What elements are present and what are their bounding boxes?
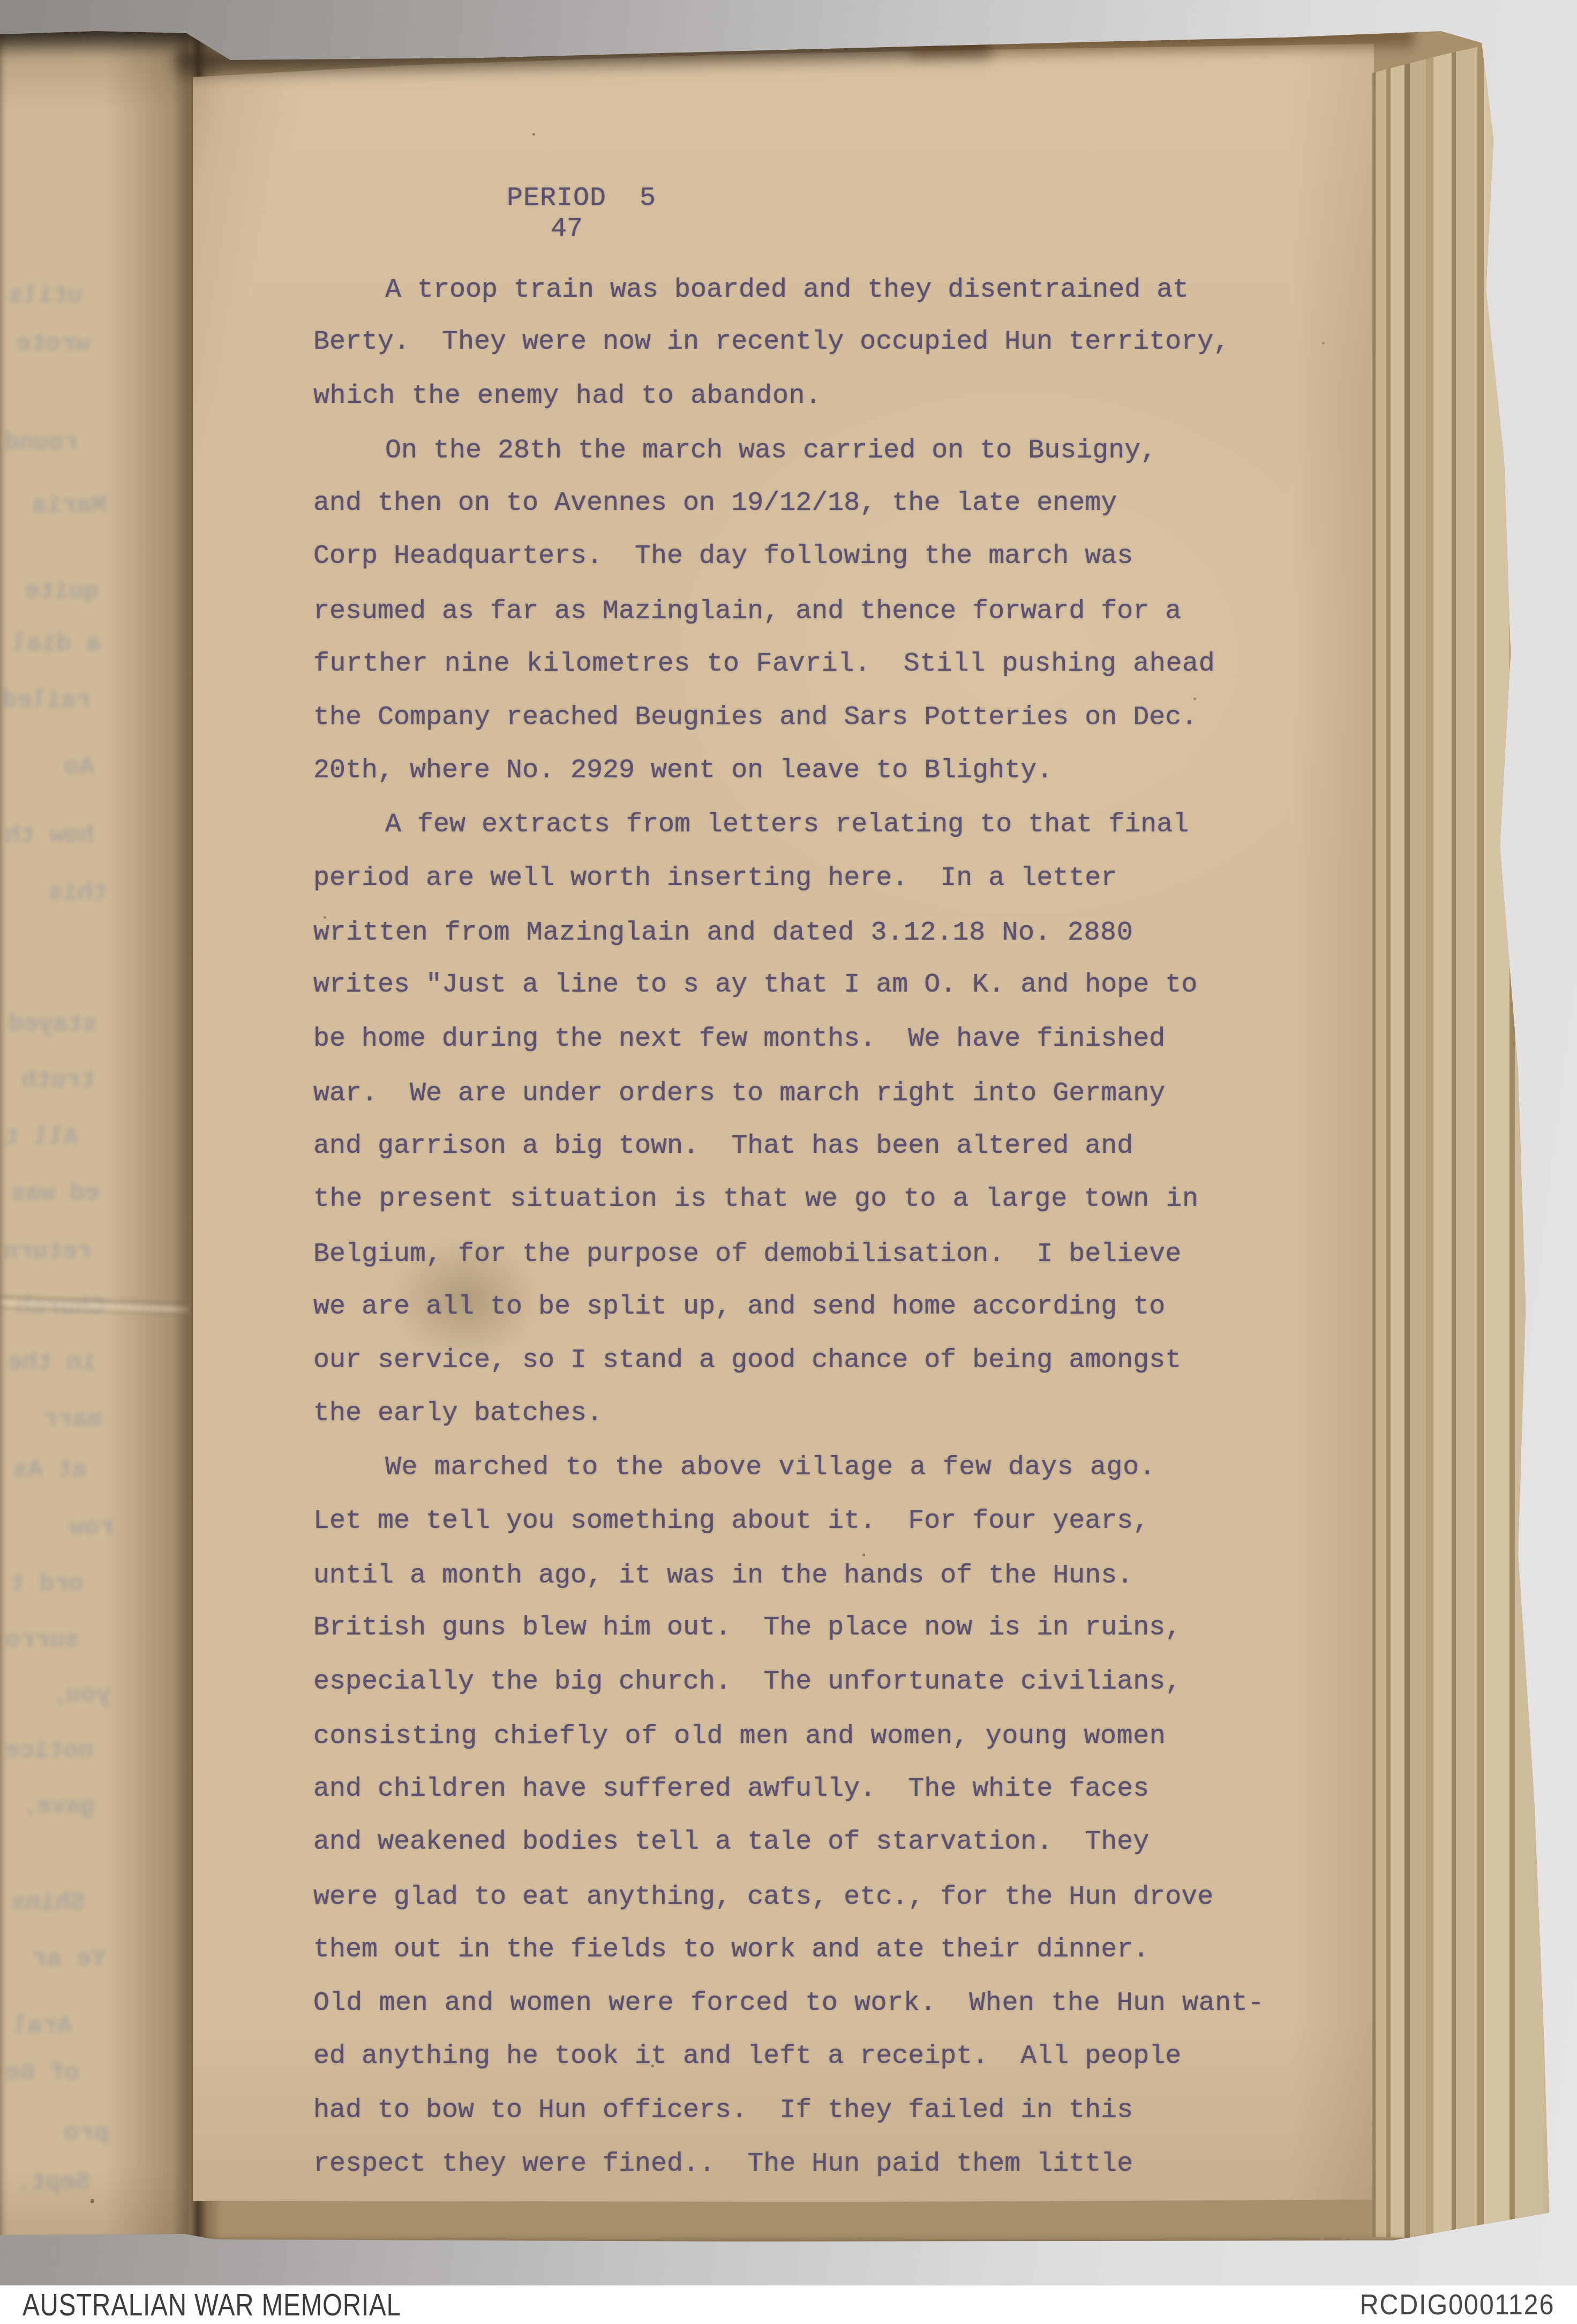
page-number: 47	[551, 214, 583, 244]
illegible-bleedthrough-fragment: All t	[4, 1124, 78, 1152]
illegible-bleedthrough-fragment: surro	[5, 1626, 79, 1654]
illegible-bleedthrough-fragment: you,	[51, 1681, 110, 1709]
illegible-bleedthrough-fragment: how th	[5, 822, 94, 850]
typewritten-line: our service, so I stand a good chance of…	[313, 1334, 1264, 1388]
typewritten-line: them out in the fields to work and ate t…	[313, 1923, 1264, 1977]
page-fore-edge-stack	[1372, 34, 1560, 2240]
archive-name-label: AUSTRALIAN WAR MEMORIAL	[22, 2287, 401, 2323]
typewritten-line: A troop train was boarded and they disen…	[313, 264, 1264, 317]
typewritten-line: the Company reached Beugnies and Sars Po…	[313, 691, 1264, 745]
illegible-bleedthrough-fragment: at As	[13, 1456, 87, 1484]
typewritten-line: period are well worth inserting here. In…	[313, 852, 1264, 905]
illegible-bleedthrough-fragment: Sept.	[16, 2169, 90, 2196]
page-edge-stripe	[1510, 34, 1515, 2240]
typewritten-line: ed anything he took it and left a receip…	[313, 2030, 1264, 2083]
typewritten-line: were glad to eat anything, cats, etc., f…	[313, 1871, 1264, 1924]
page-edge-stripe	[1426, 34, 1433, 2240]
illegible-bleedthrough-fragment: ord t	[10, 1570, 84, 1598]
illegible-bleedthrough-fragment: utils	[9, 282, 82, 310]
scanned-document-page: utilswroteroundMariaquitea dialrailedAoh…	[0, 0, 1577, 2324]
typewritten-line: further nine kilometres to Favril. Still…	[313, 638, 1264, 691]
page-edge-stripe	[1477, 34, 1484, 2240]
typewritten-line: consisting chiefly of old men and women,…	[313, 1710, 1264, 1764]
page-edge-stripe	[1515, 34, 1560, 2240]
page-edge-stripe	[1484, 34, 1510, 2240]
typewritten-line: and then on to Avennes on 19/12/18, the …	[313, 477, 1264, 530]
illegible-bleedthrough-fragment: Ao	[64, 753, 94, 781]
typewritten-line: until a month ago, it was in the hands o…	[313, 1549, 1264, 1603]
page-edge-stripe	[1452, 34, 1456, 2240]
typewritten-line: respect they were fined.. The Hun paid t…	[313, 2138, 1264, 2191]
page-edge-stripe	[1410, 34, 1426, 2240]
archive-footer-bar: AUSTRALIAN WAR MEMORIAL RCDIG0001126	[0, 2285, 1577, 2324]
typewritten-line: we are all to be split up, and send home…	[313, 1280, 1264, 1334]
record-id-label: RCDIG0001126	[1360, 2288, 1555, 2321]
page-edge-stripe	[1456, 34, 1477, 2240]
typewritten-line: the present situation is that we go to a…	[313, 1173, 1264, 1226]
illegible-bleedthrough-fragment: pro	[64, 2119, 109, 2147]
illegible-bleedthrough-fragment: in the	[7, 1349, 96, 1377]
typewritten-line: had to bow to Hun officers. If they fail…	[313, 2084, 1264, 2138]
dust-specks	[0, 0, 1, 1]
illegible-bleedthrough-fragment: notice	[4, 1737, 93, 1765]
illegible-bleedthrough-fragment: Aral	[13, 2012, 72, 2040]
illegible-bleedthrough-fragment: Shins	[11, 1889, 85, 1917]
illegible-bleedthrough-fragment: round	[4, 429, 78, 457]
typewritten-line: the early batches.	[313, 1387, 1264, 1441]
page-edge-stripe	[1405, 34, 1410, 2240]
illegible-bleedthrough-fragment: of Ge	[5, 2059, 79, 2087]
illegible-bleedthrough-fragment: truth	[21, 1067, 95, 1094]
illegible-bleedthrough-fragment: marr	[43, 1406, 102, 1434]
illegible-bleedthrough-fragment: a dial	[12, 630, 101, 658]
typewritten-line: and weakened bodies tell a tale of starv…	[313, 1816, 1264, 1869]
typewritten-line: British guns blew him out. The place now…	[313, 1601, 1264, 1655]
typewritten-line: which the enemy had to abandon.	[313, 370, 1264, 423]
illegible-bleedthrough-fragment: return	[3, 1238, 92, 1266]
illegible-bleedthrough-fragment: Ye ar	[32, 1945, 106, 1973]
typewritten-line: We marched to the above village a few da…	[313, 1441, 1264, 1495]
typewritten-line: A few extracts from letters relating to …	[313, 798, 1264, 852]
typewritten-line: resumed as far as Mazinglain, and thence…	[313, 585, 1264, 639]
page-heading: PERIOD 5	[507, 184, 656, 214]
page-edge-stripe	[1391, 34, 1405, 2240]
typewritten-line: Let me tell you something about it. For …	[313, 1495, 1264, 1548]
illegible-bleedthrough-fragment: Maria	[32, 492, 106, 520]
illegible-bleedthrough-fragment: gave,	[21, 1793, 95, 1820]
typewritten-line: 20th, where No. 2929 went on leave to Bl…	[313, 744, 1264, 798]
typewritten-body: A troop train was boarded and they disen…	[313, 263, 1264, 2191]
illegible-bleedthrough-fragment: wrote	[16, 330, 90, 358]
page-edge-stripe	[1376, 34, 1386, 2240]
typewritten-line: Belgium, for the purpose of demobilisati…	[313, 1228, 1264, 1281]
page-edge-stripe	[1433, 34, 1452, 2240]
illegible-bleedthrough-fragment: this	[48, 879, 107, 907]
illegible-bleedthrough-fragment: row	[70, 1514, 114, 1542]
typewritten-line: and garrison a big town. That has been a…	[313, 1120, 1264, 1173]
illegible-bleedthrough-fragment: quite	[25, 578, 99, 605]
typewritten-line: be home during the next few months. We h…	[313, 1013, 1264, 1066]
typewritten-line: writes "Just a line to s ay that I am O.…	[313, 958, 1264, 1012]
typewritten-line: Berty. They were now in recently occupie…	[313, 316, 1264, 369]
typewritten-line: written from Mazinglain and dated 3.12.1…	[313, 906, 1264, 960]
typewritten-line: war. We are under orders to march right …	[313, 1067, 1264, 1121]
typewritten-line: Corp Headquarters. The day following the…	[313, 530, 1264, 583]
typewritten-line: and children have suffered awfully. The …	[313, 1763, 1264, 1816]
verso-page-edge: utilswroteroundMariaquitea dialrailedAoh…	[0, 30, 189, 2236]
illegible-bleedthrough-fragment: stayed	[9, 1010, 97, 1038]
illegible-bleedthrough-fragment: railed	[2, 687, 91, 715]
typewritten-line: On the 28th the march was carried on to …	[313, 424, 1264, 478]
page-edge-stripe	[1386, 34, 1391, 2240]
illegible-bleedthrough-fragment: ed was	[11, 1180, 100, 1208]
typewritten-line: Old men and women were forced to work. W…	[313, 1977, 1264, 2030]
typewritten-line: especially the big church. The unfortuna…	[313, 1655, 1264, 1709]
